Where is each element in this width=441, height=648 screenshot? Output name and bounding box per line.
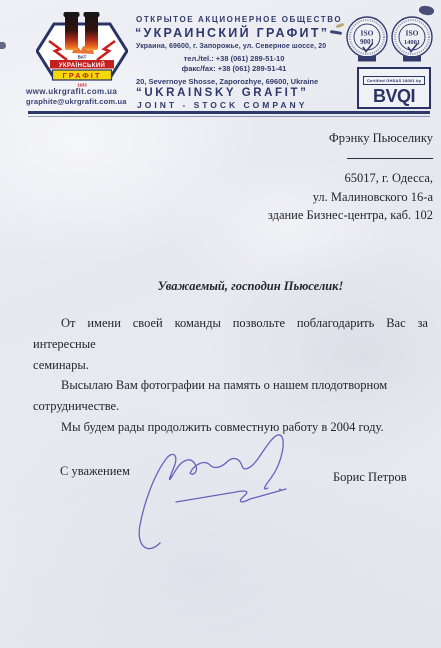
company-type-ru: ОТКРЫТОЕ АКЦИОНЕРНОЕ ОБЩЕСТВО xyxy=(136,15,342,24)
body-line: семинары. xyxy=(33,355,428,376)
logo-name-line1: УКРАЇНСЬКИЙ xyxy=(59,61,106,69)
letterhead-divider xyxy=(28,111,430,117)
iso-14001-badge-icon: ISO 14001 xyxy=(390,16,434,64)
company-logo-icon: ВАТ УКРАЇНСЬКИЙ ГРАФІТ 1933 xyxy=(36,10,128,92)
signer-name: Борис Петров xyxy=(333,470,407,485)
logo-name-line2: ГРАФІТ xyxy=(63,71,102,80)
letter-salutation: Уважаемый, господин Пьюселик! xyxy=(70,279,431,294)
logo-org-abbr: ВАТ xyxy=(78,55,87,60)
scan-artifact xyxy=(418,5,435,17)
company-type-en: JOINT - STOCK COMPANY xyxy=(137,100,307,110)
body-line: От имени своей команды позвольте поблаго… xyxy=(33,313,428,355)
company-phone: тел./tel.: +38 (061) 289-51-10 xyxy=(133,54,335,63)
recipient-address: 65017, г. Одесса, ул. Малиновского 16-а … xyxy=(180,169,433,225)
recipient-address-line: ул. Малиновского 16-а xyxy=(180,188,433,207)
scan-artifact xyxy=(0,42,6,49)
recipient-rule xyxy=(347,158,433,159)
iso2-number: 14001 xyxy=(404,39,420,46)
company-fax: факс/fax: +38 (061) 289-51-41 xyxy=(133,64,335,73)
bvqi-certification-box: Certified OHSAS 18001 by BVQI xyxy=(357,67,431,109)
pen-dash-mark xyxy=(330,30,342,34)
body-line: Высылаю Вам фотографии на память о нашем… xyxy=(33,375,428,417)
logo-electrode-left xyxy=(65,14,78,50)
recipient-address-line: 65017, г. Одесса, xyxy=(180,169,433,188)
iso-9001-badge-icon: ISO 9001 xyxy=(345,16,389,64)
company-name-en: “UKRAINSKY GRAFIT” xyxy=(136,87,308,99)
ohsas-caption: Certified OHSAS 18001 by xyxy=(363,76,425,85)
iso2-label: ISO xyxy=(406,29,419,38)
company-address-ru: Украина, 69600, г. Запорожье, ул. Северн… xyxy=(136,43,326,50)
company-address-en: 20, Severnoye Shosse, Zaporozhye, 69600,… xyxy=(136,77,318,86)
logo-electrode-right xyxy=(85,14,98,50)
company-website: www.ukrgrafit.com.ua xyxy=(26,87,117,96)
company-email: graphite@ukrgrafit.com.ua xyxy=(26,97,127,106)
scanned-letter-page: ВАТ УКРАЇНСЬКИЙ ГРАФІТ 1933 www.ukrgrafi… xyxy=(0,0,441,648)
recipient-address-line: здание Бизнес-центра, каб. 102 xyxy=(180,206,433,225)
iso1-label: ISO xyxy=(361,29,374,38)
bvqi-logo: BVQI xyxy=(359,87,429,106)
recipient-name: Фрэнку Пьюселику xyxy=(180,131,433,146)
handwritten-signature xyxy=(110,415,305,550)
recipient-block: Фрэнку Пьюселику 65017, г. Одесса, ул. М… xyxy=(180,131,433,225)
company-name-ru: “УКРАИНСКИЙ ГРАФИТ” xyxy=(135,26,329,40)
